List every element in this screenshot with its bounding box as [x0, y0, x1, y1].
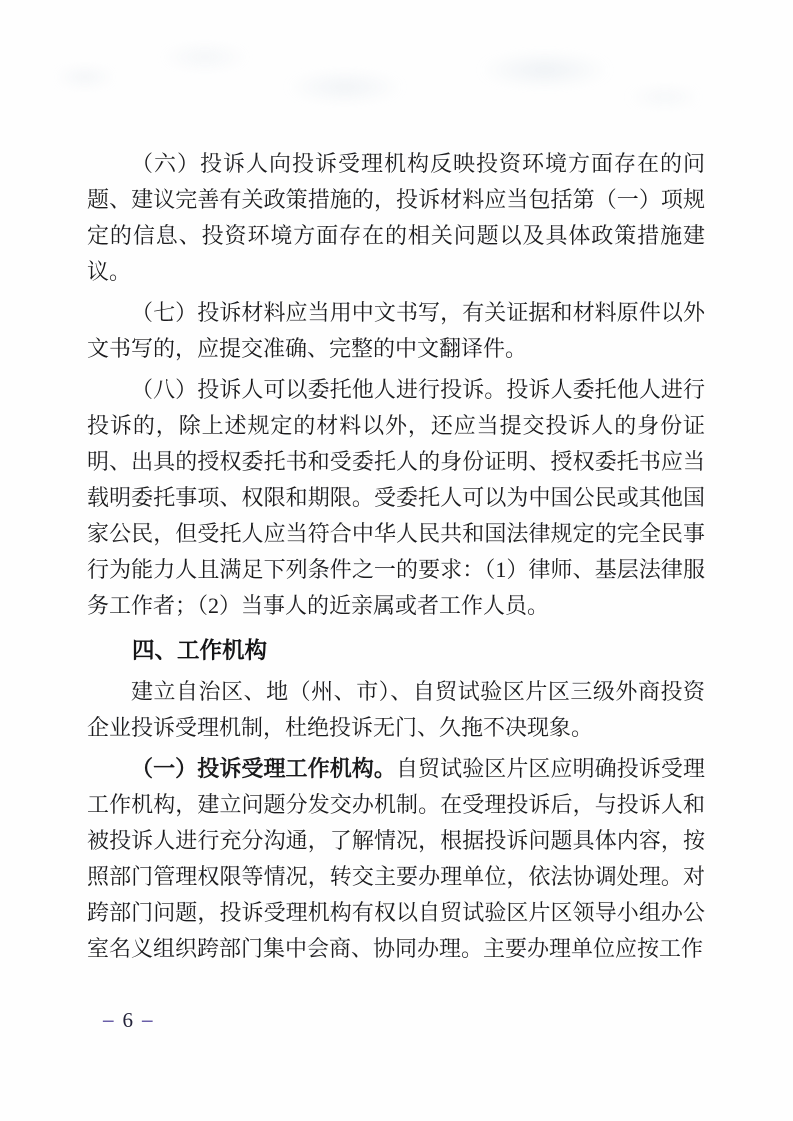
- paragraph-bold-lead: （一）投诉受理工作机构。: [131, 756, 396, 781]
- page-number-value: 6: [123, 1008, 134, 1033]
- document-page: （六）投诉人向投诉受理机构反映投资环境方面存在的问题、建议完善有关政策措施的，投…: [0, 0, 793, 1121]
- paragraph-clause-6: （六）投诉人向投诉受理机构反映投资环境方面存在的问题、建议完善有关政策措施的，投…: [87, 146, 705, 290]
- paragraph-clause-8: （八）投诉人可以委托他人进行投诉。投诉人委托他人进行投诉的，除上述规定的材料以外…: [87, 372, 705, 624]
- document-body: （六）投诉人向投诉受理机构反映投资环境方面存在的问题、建议完善有关政策措施的，投…: [87, 146, 705, 972]
- scan-bleed-artifact: [15, 15, 695, 130]
- page-number-dash-left: –: [103, 1007, 114, 1032]
- paragraph-establish-mechanism: 建立自治区、地（州、市）、自贸试验区片区三级外商投资企业投诉受理机制，杜绝投诉无…: [87, 674, 705, 746]
- paragraph-clause-7: （七）投诉材料应当用中文书写，有关证据和材料原件以外文书写的，应提交准确、完整的…: [87, 295, 705, 367]
- paragraph-clause-1-complaint-acceptance: （一）投诉受理工作机构。自贸试验区片区应明确投诉受理工作机构，建立问题分发交办机…: [87, 751, 705, 967]
- page-number: – 6 –: [103, 1008, 153, 1033]
- page-number-dash-right: –: [142, 1007, 153, 1032]
- section-heading-work-organs: 四、工作机构: [87, 633, 705, 669]
- paragraph-continuation-text: 自贸试验区片区应明确投诉受理工作机构，建立问题分发交办机制。在受理投诉后，与投诉…: [87, 756, 705, 961]
